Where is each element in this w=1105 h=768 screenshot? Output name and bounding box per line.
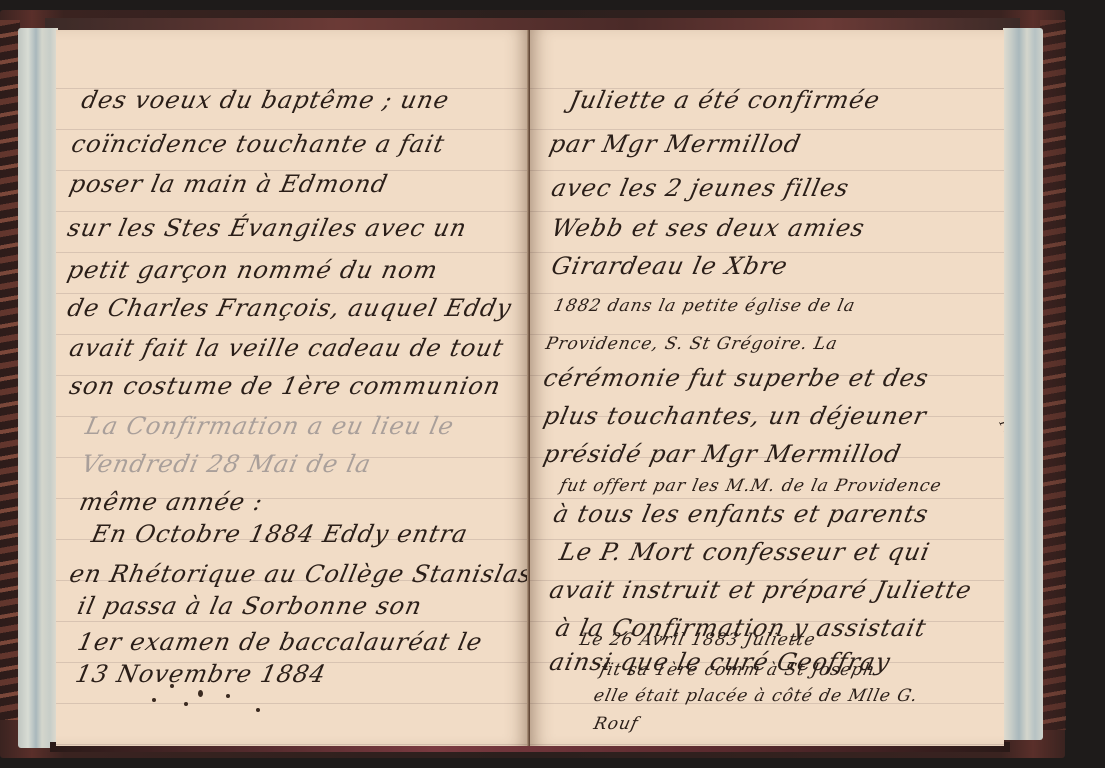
handwritten-line: En Octobre 1884 Eddy entra: [89, 520, 471, 548]
handwritten-line: de Charles François, auquel Eddy: [65, 294, 515, 322]
ink-spot: [184, 702, 188, 706]
left-page: des voeux du baptême ; une coïncidence t…: [56, 30, 528, 746]
handwritten-line: en Rhétorique au Collège Stanislas: [67, 560, 528, 588]
handwritten-line: Le 26 Avril 1883 Juliette: [578, 630, 818, 650]
handwritten-line: cérémonie fut superbe et des: [541, 364, 931, 392]
handwritten-line: poser la main à Edmond: [67, 170, 391, 198]
page-block-edge-right: [1003, 28, 1043, 740]
handwritten-line: Le P. Mort confesseur et qui: [557, 538, 933, 566]
handwritten-line: des voeux du baptême ; une: [79, 86, 452, 114]
handwritten-line: plus touchantes, un déjeuner: [541, 402, 929, 430]
handwritten-line: Providence, S. St Grégoire. La: [544, 334, 840, 354]
handwritten-line: sur les Stes Évangiles avec un: [65, 214, 470, 242]
faded-pencil-line: Vendredi 28 Mai de la: [79, 450, 374, 478]
handwritten-line: par Mgr Mermillod: [547, 130, 804, 158]
ink-spot: [152, 698, 156, 702]
handwritten-line: avec les 2 jeunes filles: [549, 174, 852, 202]
marbled-cover-left: [0, 20, 20, 720]
handwritten-line: présidé par Mgr Mermillod: [541, 440, 904, 468]
handwritten-line: Juliette a été confirmée: [567, 86, 883, 114]
right-page: Juliette a été confirmée par Mgr Mermill…: [530, 30, 1004, 746]
handwritten-line: il passa à la Sorbonne son: [75, 592, 425, 620]
ink-spot: [170, 684, 174, 688]
faded-pencil-line: La Confirmation a eu lieu le: [83, 412, 457, 440]
handwritten-line: coïncidence touchante a fait: [69, 130, 448, 158]
handwritten-line: Rouf: [592, 714, 641, 734]
handwritten-line: 13 Novembre 1884: [73, 660, 329, 688]
handwritten-line: 1er examen de baccalauréat le: [75, 628, 485, 656]
handwritten-line: fit sa 1ère comm à St Joseph: [598, 660, 877, 680]
handwritten-line: son costume de 1ère communion: [67, 372, 504, 400]
handwritten-line: elle était placée à côté de Mlle G.: [592, 686, 920, 706]
handwritten-line: à tous les enfants et parents: [551, 500, 931, 528]
handwritten-line: même année :: [77, 488, 266, 516]
page-block-edge-left: [18, 28, 58, 748]
handwritten-line: avait fait la veille cadeau de tout: [67, 334, 507, 362]
handwritten-line: petit garçon nommé du nom: [65, 256, 441, 284]
handwritten-line: fut offert par les M.M. de la Providence: [558, 476, 944, 496]
handwritten-line: avait instruit et préparé Juliette: [547, 576, 975, 604]
handwritten-line: Webb et ses deux amies: [549, 214, 868, 242]
ink-spot: [198, 690, 203, 697]
margin-note: Providence: [997, 417, 1004, 492]
ink-spot: [256, 708, 260, 712]
handwritten-line: Girardeau le Xbre: [549, 252, 791, 280]
marbled-cover-right: [1040, 20, 1066, 730]
ink-spot: [226, 694, 230, 698]
handwritten-line: 1882 dans la petite église de la: [552, 296, 857, 316]
